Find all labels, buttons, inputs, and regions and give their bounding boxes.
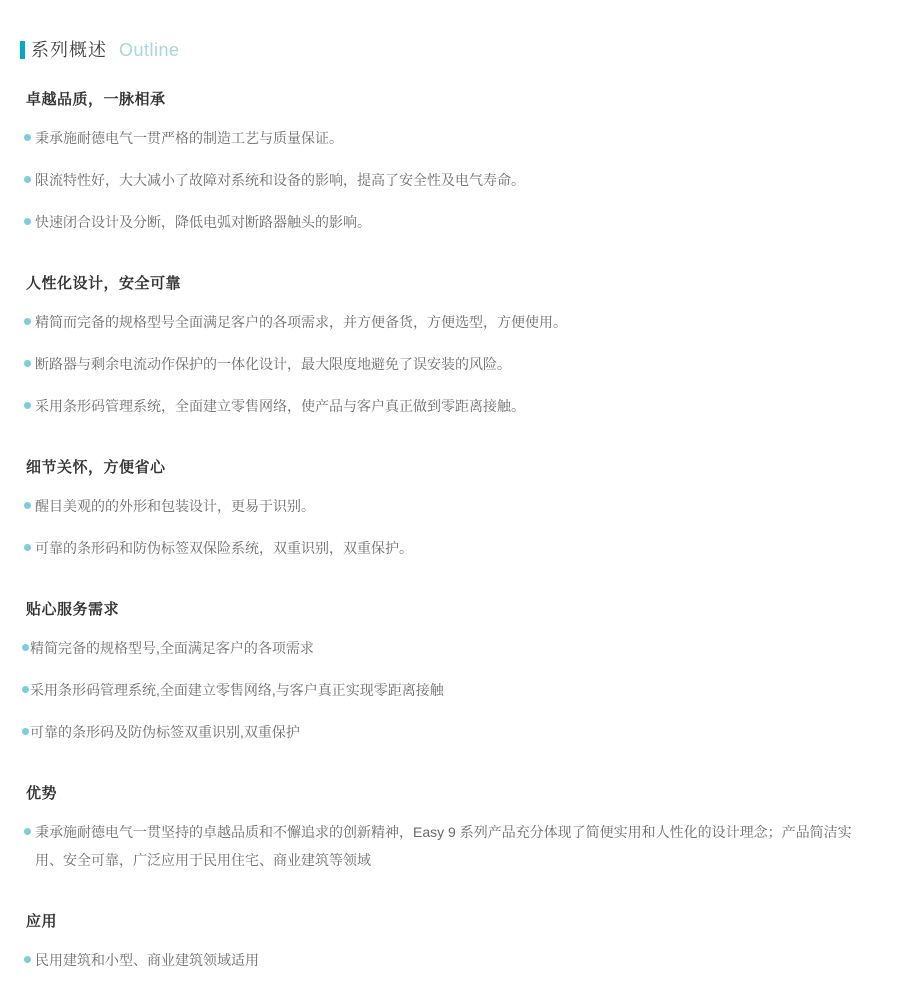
list-item: 秉承施耐德电气一贯严格的制造工艺与质量保证。 [24, 124, 858, 152]
list-item-text: 限流特性好，大大减小了故障对系统和设备的影响，提高了安全性及电气寿命。 [35, 166, 858, 194]
list-item-text: 秉承施耐德电气一贯坚持的卓越品质和不懈追求的创新精神，Easy 9 系列产品充分… [35, 818, 858, 874]
bullet-dot-icon [24, 360, 31, 367]
section-heading-service: 贴心服务需求 [26, 600, 858, 620]
section-heading-advantage: 优势 [26, 784, 858, 804]
title-accent-bar-icon [20, 41, 25, 59]
list-item-text: 采用条形码管理系统，全面建立零售网络，使产品与客户真正做到零距离接触。 [35, 392, 858, 420]
bullet-dot-icon [24, 544, 31, 551]
list-item-text: 可靠的条形码及防伪标签双重识别,双重保护 [30, 718, 858, 746]
bullet-dot-icon [22, 686, 29, 693]
bullet-list-detail: 醒目美观的的外形和包装设计，更易于识别。 可靠的条形码和防伪标签双保险系统，双重… [20, 492, 858, 562]
list-item: 断路器与剩余电流动作保护的一体化设计，最大限度地避免了误安装的风险。 [24, 350, 858, 378]
page-title-zh: 系列概述 [31, 40, 107, 60]
bullet-dot-icon [24, 502, 31, 509]
section-heading-detail: 细节关怀，方便省心 [26, 458, 858, 478]
list-item-text: 秉承施耐德电气一贯严格的制造工艺与质量保证。 [35, 124, 858, 152]
list-item: 民用建筑和小型、商业建筑领域适用 [24, 946, 858, 974]
bullet-dot-icon [22, 644, 29, 651]
section-heading-design: 人性化设计，安全可靠 [26, 274, 858, 294]
outline-page: 系列概述 Outline 卓越品质，一脉相承 秉承施耐德电气一贯严格的制造工艺与… [0, 0, 900, 974]
list-item: 精简完备的规格型号,全面满足客户的各项需求 [22, 634, 858, 662]
section-heading-quality: 卓越品质，一脉相承 [26, 90, 858, 110]
bullet-dot-icon [22, 728, 29, 735]
list-item-text: 精简而完备的规格型号全面满足客户的各项需求，并方便备货，方便选型，方便使用。 [35, 308, 858, 336]
list-item: 采用条形码管理系统,全面建立零售网络,与客户真正实现零距离接触 [22, 676, 858, 704]
bullet-dot-icon [24, 134, 31, 141]
bullet-list-service: 精简完备的规格型号,全面满足客户的各项需求 采用条形码管理系统,全面建立零售网络… [20, 634, 858, 746]
list-item-text: 民用建筑和小型、商业建筑领域适用 [35, 946, 858, 974]
page-title-en: Outline [119, 40, 180, 60]
list-item-text: 快速闭合设计及分断，降低电弧对断路器触头的影响。 [35, 208, 858, 236]
bullet-list-application: 民用建筑和小型、商业建筑领域适用 [20, 946, 858, 974]
bullet-dot-icon [24, 218, 31, 225]
page-title: 系列概述 Outline [20, 40, 858, 60]
list-item-text: 采用条形码管理系统,全面建立零售网络,与客户真正实现零距离接触 [30, 676, 858, 704]
list-item: 可靠的条形码及防伪标签双重识别,双重保护 [22, 718, 858, 746]
bullet-list-quality: 秉承施耐德电气一贯严格的制造工艺与质量保证。 限流特性好，大大减小了故障对系统和… [20, 124, 858, 236]
list-item-text: 醒目美观的的外形和包装设计，更易于识别。 [35, 492, 858, 520]
list-item-text: 精简完备的规格型号,全面满足客户的各项需求 [30, 634, 858, 662]
list-item: 可靠的条形码和防伪标签双保险系统，双重识别，双重保护。 [24, 534, 858, 562]
bullet-list-design: 精简而完备的规格型号全面满足客户的各项需求，并方便备货，方便选型，方便使用。 断… [20, 308, 858, 420]
list-item: 秉承施耐德电气一贯坚持的卓越品质和不懈追求的创新精神，Easy 9 系列产品充分… [24, 818, 858, 874]
bullet-dot-icon [24, 956, 31, 963]
list-item: 限流特性好，大大减小了故障对系统和设备的影响，提高了安全性及电气寿命。 [24, 166, 858, 194]
bullet-list-advantage: 秉承施耐德电气一贯坚持的卓越品质和不懈追求的创新精神，Easy 9 系列产品充分… [20, 818, 858, 874]
list-item-text: 断路器与剩余电流动作保护的一体化设计，最大限度地避免了误安装的风险。 [35, 350, 858, 378]
list-item: 精简而完备的规格型号全面满足客户的各项需求，并方便备货，方便选型，方便使用。 [24, 308, 858, 336]
bullet-dot-icon [24, 402, 31, 409]
section-heading-application: 应用 [26, 912, 858, 932]
bullet-dot-icon [24, 318, 31, 325]
bullet-dot-icon [24, 176, 31, 183]
bullet-dot-icon [24, 828, 31, 835]
list-item-text: 可靠的条形码和防伪标签双保险系统，双重识别，双重保护。 [35, 534, 858, 562]
list-item: 采用条形码管理系统，全面建立零售网络，使产品与客户真正做到零距离接触。 [24, 392, 858, 420]
list-item: 快速闭合设计及分断，降低电弧对断路器触头的影响。 [24, 208, 858, 236]
list-item: 醒目美观的的外形和包装设计，更易于识别。 [24, 492, 858, 520]
